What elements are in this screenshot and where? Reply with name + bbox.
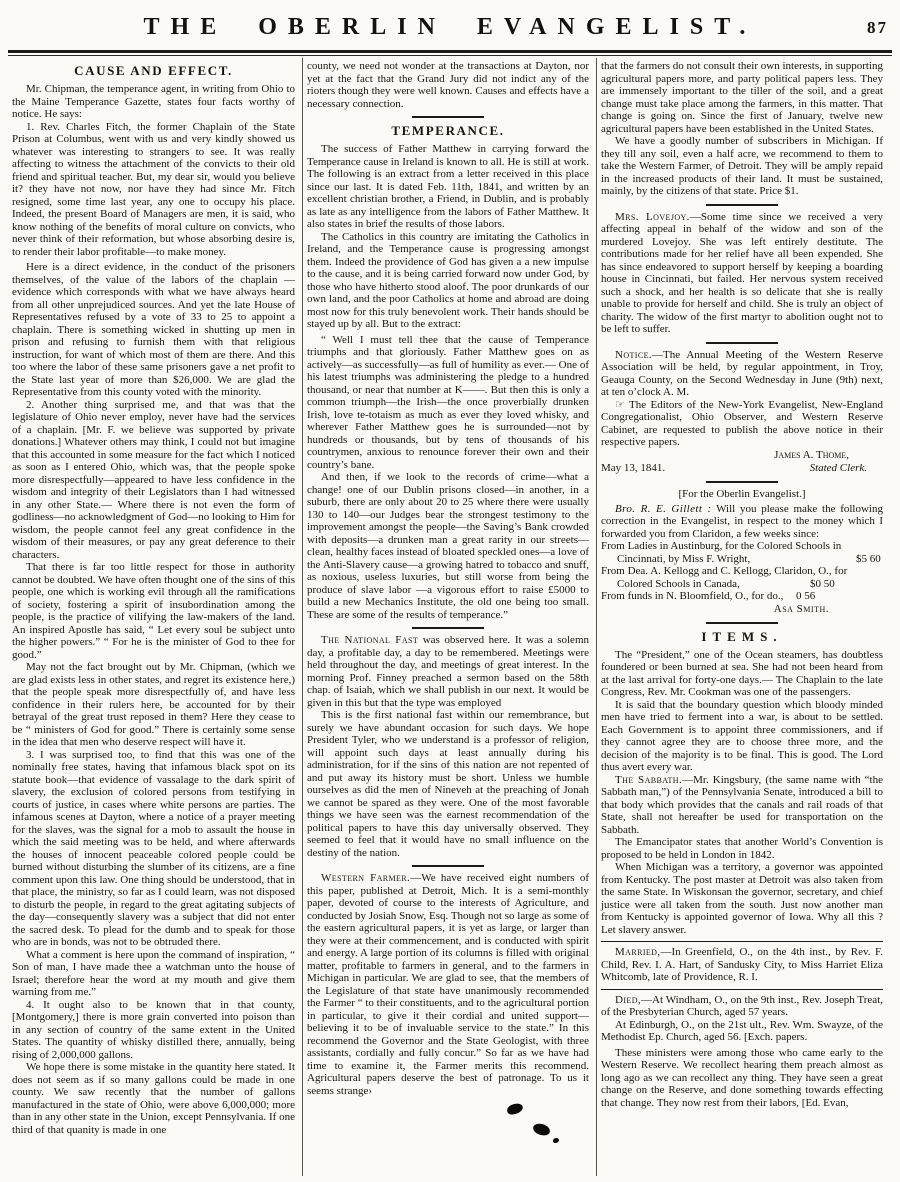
paragraph: Married,—In Greenfield, O., on the 4th i… (601, 946, 883, 984)
section-divider (706, 622, 778, 624)
paragraph: that the farmers do not consult their ow… (601, 60, 883, 135)
section-divider (706, 342, 778, 344)
contribution-row: From funds in N. Bloomfield, O., for do.… (601, 590, 883, 603)
paragraph-lead: Bro. R. E. Gillett : (615, 503, 712, 515)
paragraph: The Sabbath.—Mr. Kingsbury, (the same na… (601, 774, 883, 837)
newspaper-title: THE OBERLIN EVANGELIST. (8, 14, 892, 41)
section-divider (412, 116, 484, 118)
paragraph: We hope there is some mistake in the qua… (12, 1061, 295, 1136)
signature-meta: May 13, 1841.Stated Clerk. (601, 462, 883, 475)
paragraph-lead: Died, (615, 994, 641, 1006)
paragraph: ☞ The Editors of the New-York Evangelist… (601, 399, 883, 449)
section-heading: TEMPERANCE. (307, 123, 589, 139)
column-2: county, we need not wonder at the transa… (302, 58, 596, 1176)
section-divider (412, 865, 484, 867)
paragraph: At Edinburgh, O., on the 21st ult., Rev.… (601, 1019, 883, 1044)
signature-name: Asa Smith. (601, 603, 883, 616)
paragraph: Mr. Chipman, the temperance agent, in wr… (12, 83, 295, 121)
pointing-hand-icon: ☞ (615, 399, 625, 411)
paragraph: That there is far too little respect for… (12, 561, 295, 661)
section-heading: CAUSE AND EFFECT. (12, 63, 295, 79)
paragraph: What a comment is here upon the command … (12, 949, 295, 999)
paragraph: We have a goodly number of subscribers i… (601, 135, 883, 198)
signature-title: Stated Clerk. (810, 462, 883, 475)
section-divider (412, 627, 484, 629)
section-divider (601, 989, 883, 990)
contribution-amount: $0 50 (826, 578, 837, 591)
columns: CAUSE AND EFFECT.Mr. Chipman, the temper… (8, 58, 892, 1176)
paragraph: Died,—At Windham, O., on the 9th inst., … (601, 994, 883, 1019)
paragraph: 4. It ought also to be known that in tha… (12, 999, 295, 1062)
paragraph: When Michigan was a territory, a governo… (601, 861, 883, 936)
paragraph: The Catholics in this country are imitat… (307, 231, 589, 331)
paragraph-lead: Notice. (615, 349, 652, 361)
paragraph: These ministers were among those who cam… (601, 1047, 883, 1110)
contribution-row: From Dea. A. Kellogg and C. Kellogg, Cla… (601, 565, 883, 590)
section-divider (706, 204, 778, 206)
paragraph: This is the first national fast within o… (307, 709, 589, 859)
paragraph: The “President,” one of the Ocean steame… (601, 649, 883, 699)
column-3: that the farmers do not consult their ow… (596, 58, 890, 1176)
ink-blot (506, 1102, 524, 1115)
paragraph: Notice.—The Annual Meeting of the Wester… (601, 349, 883, 399)
paragraph: 2. Another thing surprised me, and that … (12, 399, 295, 562)
paragraph-lead: Western Farmer. (321, 872, 410, 884)
paragraph: The National Fast was observed here. It … (307, 634, 589, 709)
paragraph: It is said that the boundary question wh… (601, 699, 883, 774)
signature-date: May 13, 1841. (601, 462, 665, 475)
masthead: THE OBERLIN EVANGELIST. 87 (8, 6, 892, 50)
signature-name: James A. Thome, (601, 449, 883, 462)
paragraph-lead: Married, (615, 946, 661, 958)
contribution-row: From Ladies in Austinburg, for the Color… (601, 540, 883, 565)
paragraph: Bro. R. E. Gillett : Will you please mak… (601, 503, 883, 541)
ink-blot (553, 1138, 559, 1143)
paragraph: May not the fact brought out by Mr. Chip… (12, 661, 295, 749)
paragraph: “ Well I must tell thee that the cause o… (307, 334, 589, 472)
paragraph-lead: Mrs. Lovejoy. (615, 211, 690, 223)
paragraph: Western Farmer.—We have received eight n… (307, 872, 589, 1097)
column-1: CAUSE AND EFFECT.Mr. Chipman, the temper… (8, 58, 302, 1176)
paragraph: 3. I was surprised too, to find that thi… (12, 749, 295, 949)
section-divider (706, 481, 778, 483)
contribution-amount: $5 60 (872, 553, 883, 566)
masthead-divider (8, 50, 892, 56)
paragraph: The Emancipator states that another Worl… (601, 836, 883, 861)
signature-block: James A. Thome,May 13, 1841.Stated Clerk… (601, 449, 883, 475)
paragraph-lead: The Sabbath. (615, 774, 682, 786)
newspaper-page: THE OBERLIN EVANGELIST. 87 CAUSE AND EFF… (0, 0, 900, 1182)
paragraph: Mrs. Lovejoy.—Some time since we receive… (601, 211, 883, 336)
paragraph: 1. Rev. Charles Fitch, the former Chapla… (12, 121, 295, 259)
section-heading: ITEMS. (601, 629, 883, 645)
page-number: 87 (867, 18, 888, 38)
paragraph-lead: The National Fast (321, 634, 418, 646)
paragraph: And then, if we look to the records of c… (307, 471, 589, 621)
ink-blot (532, 1123, 551, 1137)
paragraph: Here is a direct evidence, in the conduc… (12, 261, 295, 399)
contribution-amount: 0 56 (812, 590, 823, 603)
paragraph: county, we need not wonder at the transa… (307, 60, 589, 110)
section-divider (601, 941, 883, 942)
paragraph: The success of Father Matthew in carryin… (307, 143, 589, 231)
attribution-line: [For the Oberlin Evangelist.] (601, 488, 883, 501)
